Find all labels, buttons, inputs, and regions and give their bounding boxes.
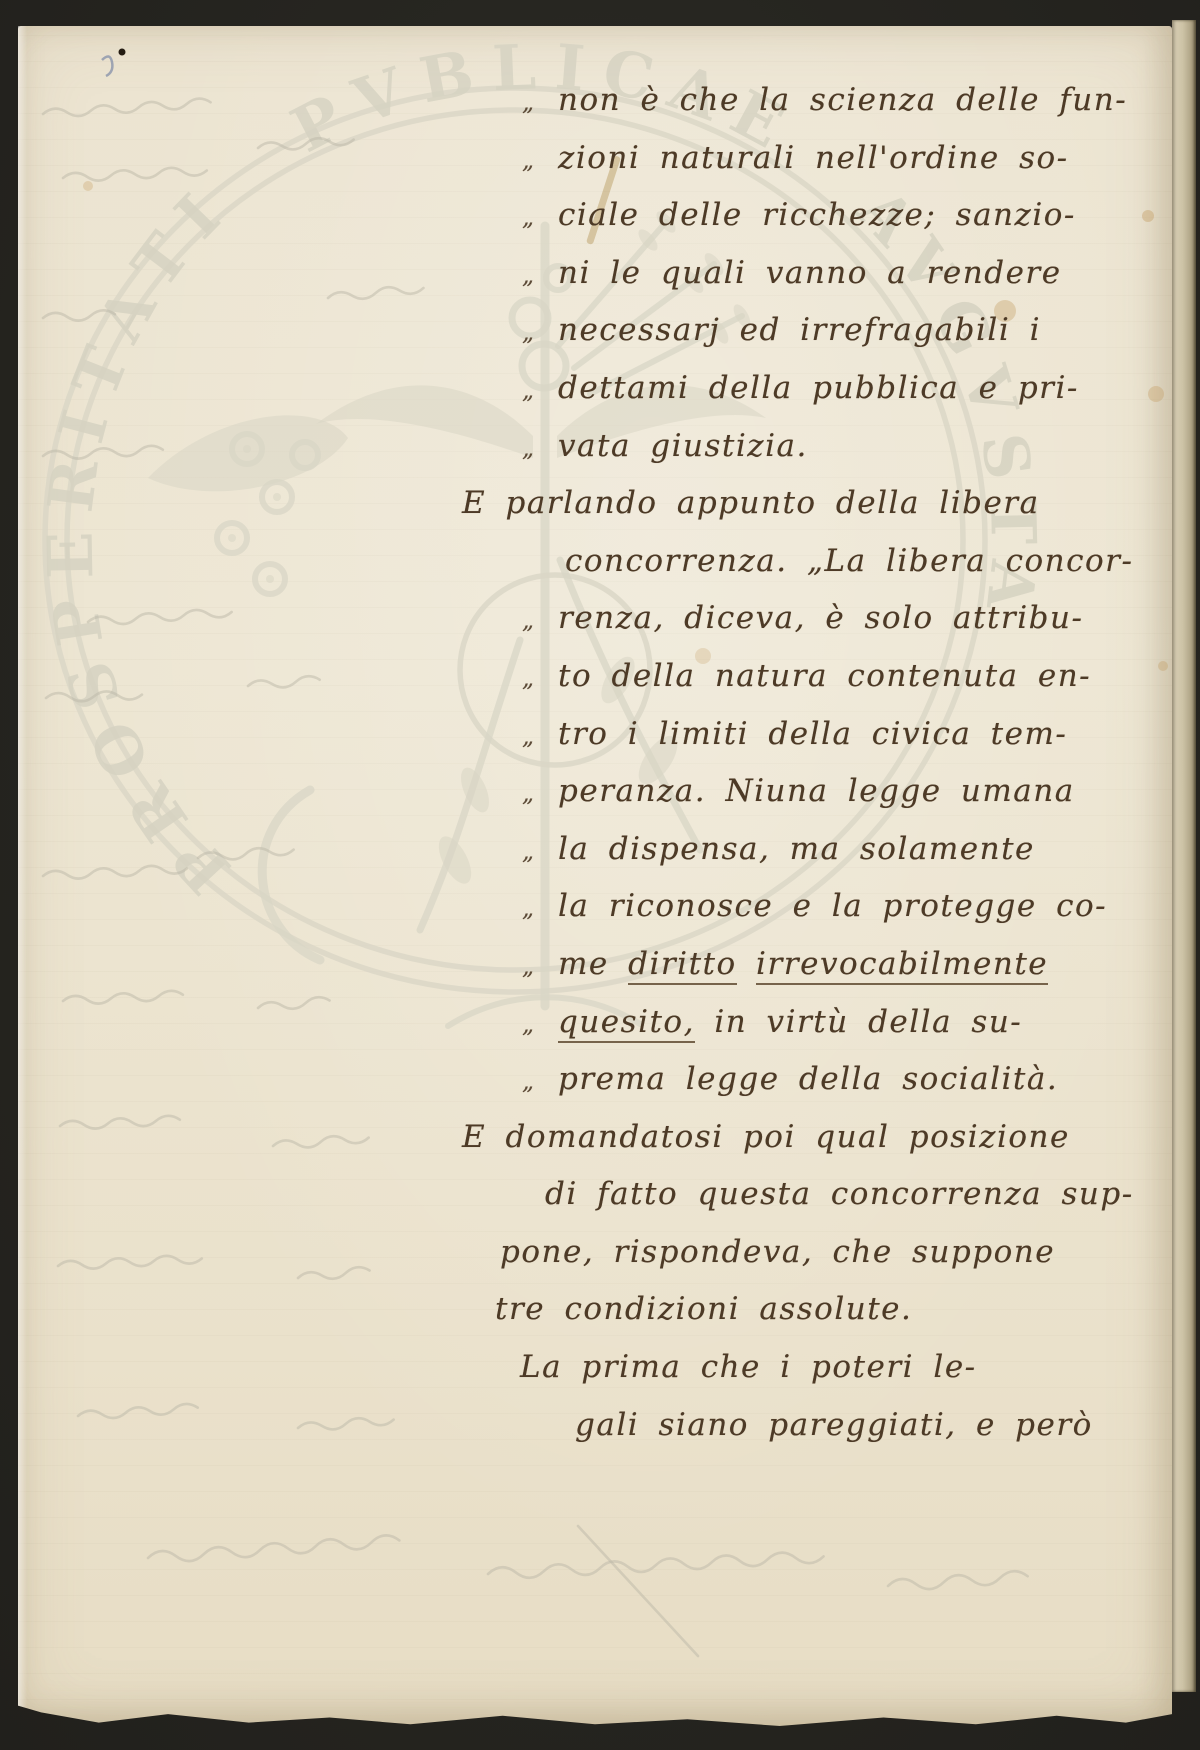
- manuscript-line: „tro i limiti della civica tem-: [458, 706, 1118, 764]
- blue-pencil-mark: [102, 56, 112, 76]
- manuscript-line: „la riconosce e la protegge co-: [458, 878, 1118, 936]
- quote-mark: „: [522, 593, 535, 651]
- manuscript-line: „dettami della pubblica e pri-: [458, 360, 1118, 418]
- manuscript-line: tre condizioni assolute.: [458, 1281, 1118, 1339]
- manuscript-line: La prima che i poteri le-: [458, 1339, 1118, 1397]
- line-text: concorrenza. „La libera concor-: [565, 543, 1133, 579]
- scan-bed: { "watermark": { "ring_text": "PROSPERIT…: [0, 0, 1200, 1750]
- line-text: non è che la scienza delle fun-: [558, 82, 1127, 118]
- quote-mark: „: [522, 766, 535, 824]
- manuscript-line: „ciale delle ricchezze; sanzio-: [458, 187, 1118, 245]
- quote-mark: „: [522, 824, 535, 882]
- manuscript-line: E domandatosi poi qual posizione: [458, 1109, 1118, 1167]
- line-text: E domandatosi poi qual posizione: [462, 1119, 1070, 1155]
- line-text: me: [558, 946, 628, 982]
- underlined-word: diritto: [628, 946, 737, 985]
- line-text: la dispensa, ma solamente: [558, 831, 1035, 867]
- manuscript-line: „non è che la scienza delle fun-: [458, 72, 1118, 130]
- line-text: necessarj ed irrefragabili i: [558, 312, 1041, 348]
- line-text: to della natura contenuta en-: [558, 658, 1091, 694]
- line-text: di fatto questa concorrenza sup-: [545, 1176, 1134, 1212]
- manuscript-line: E parlando appunto della libera: [458, 475, 1118, 533]
- quote-mark: „: [522, 133, 535, 191]
- underlined-word: irrevocabilmente: [756, 946, 1048, 985]
- line-text: renza, diceva, è solo attribu-: [558, 600, 1083, 636]
- line-text: ni le quali vanno a rendere: [558, 255, 1062, 291]
- manuscript-line: „peranza. Niuna legge umana: [458, 763, 1118, 821]
- manuscript-line: „me diritto irrevocabilmente: [458, 936, 1118, 994]
- manuscript-line: „vata giustizia.: [458, 418, 1118, 476]
- manuscript-line: „zioni naturali nell'ordine so-: [458, 130, 1118, 188]
- manuscript-text-block: „non è che la scienza delle fun-„zioni n…: [458, 72, 1118, 1454]
- manuscript-line: „quesito, in virtù della su-: [458, 994, 1118, 1052]
- quote-mark: „: [522, 651, 535, 709]
- line-text: E parlando appunto della libera: [462, 485, 1040, 521]
- manuscript-line: „la dispensa, ma solamente: [458, 821, 1118, 879]
- quote-mark: „: [522, 305, 535, 363]
- line-text: tre condizioni assolute.: [495, 1291, 912, 1327]
- quote-mark: „: [522, 997, 535, 1055]
- quote-mark: „: [522, 363, 535, 421]
- line-text: ciale delle ricchezze; sanzio-: [558, 197, 1076, 233]
- underlined-word: quesito,: [558, 1004, 695, 1043]
- manuscript-line: gali siano pareggiati, e però: [458, 1397, 1118, 1455]
- manuscript-line: „necessarj ed irrefragabili i: [458, 302, 1118, 360]
- manuscript-line: pone, rispondeva, che suppone: [458, 1224, 1118, 1282]
- line-text: gali siano pareggiati, e però: [575, 1407, 1093, 1443]
- line-text: prema legge della socialità.: [558, 1061, 1058, 1097]
- manuscript-line: concorrenza. „La libera concor-: [458, 533, 1118, 591]
- line-text: tro i limiti della civica tem-: [558, 716, 1067, 752]
- line-text: la riconosce e la protegge co-: [558, 888, 1107, 924]
- ink-dot: [119, 49, 126, 56]
- manuscript-line: „to della natura contenuta en-: [458, 648, 1118, 706]
- manuscript-page: PROSPERITATI PVBLICAE AVGVSTA: [18, 26, 1172, 1726]
- line-text: peranza. Niuna legge umana: [558, 773, 1075, 809]
- quote-mark: „: [522, 881, 535, 939]
- line-text: zioni naturali nell'ordine so-: [558, 140, 1069, 176]
- manuscript-line: „ni le quali vanno a rendere: [458, 245, 1118, 303]
- quote-mark: „: [522, 939, 535, 997]
- quote-mark: „: [522, 75, 535, 133]
- quote-mark: „: [522, 190, 535, 248]
- line-text: [737, 946, 756, 982]
- quote-mark: „: [522, 248, 535, 306]
- quote-mark: „: [522, 1054, 535, 1112]
- line-text: La prima che i poteri le-: [520, 1349, 977, 1385]
- adjacent-page-edge: [1172, 20, 1196, 1692]
- quote-mark: „: [522, 709, 535, 767]
- line-text: in virtù della su-: [695, 1004, 1022, 1040]
- flower-watermark: [217, 434, 318, 594]
- line-text: pone, rispondeva, che suppone: [500, 1234, 1055, 1270]
- manuscript-line: „prema legge della socialità.: [458, 1051, 1118, 1109]
- manuscript-line: di fatto questa concorrenza sup-: [458, 1166, 1118, 1224]
- quote-mark: „: [522, 421, 535, 479]
- line-text: vata giustizia.: [558, 428, 808, 464]
- manuscript-line: „renza, diceva, è solo attribu-: [458, 590, 1118, 648]
- line-text: dettami della pubblica e pri-: [558, 370, 1079, 406]
